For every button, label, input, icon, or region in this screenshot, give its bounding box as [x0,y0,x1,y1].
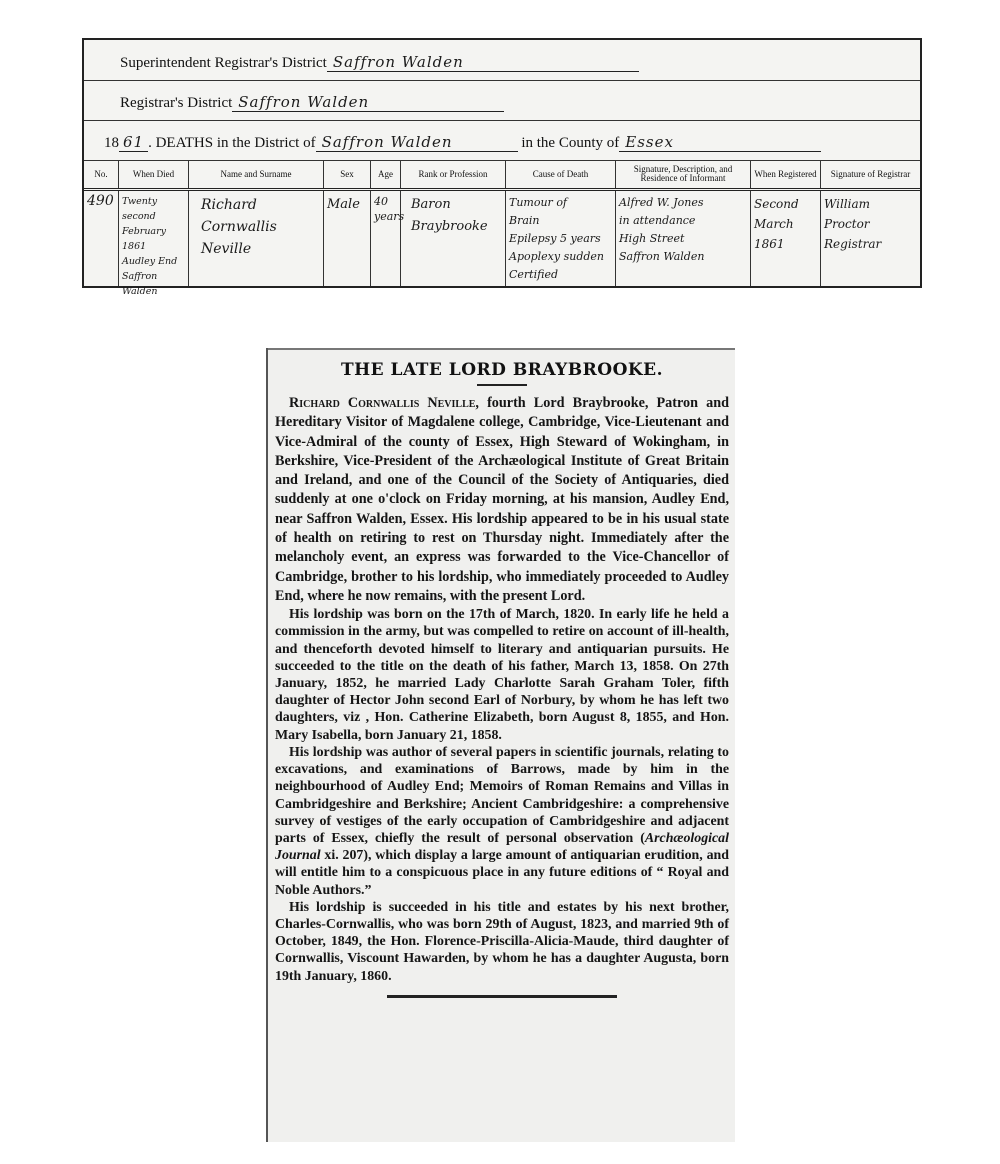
col-header-when-registered: When Registered [751,160,821,188]
column-headers: No. When Died Name and Surname Sex Age R… [84,160,920,191]
col-header-age: Age [371,160,401,188]
superintendent-district-row: Superintendent Registrar's DistrictSaffr… [84,40,920,81]
subject-name: Richard Cornwallis Neville [289,395,475,411]
entry-no: 490 [84,191,119,286]
registrar-value: Saffron Walden [232,93,504,112]
paragraph-2: His lordship was born on the 17th of Mar… [275,606,729,744]
newspaper-clipping: THE LATE LORD BRAYBROOKE. Richard Cornwa… [266,348,735,1142]
registrar-label: Registrar's District [120,95,232,111]
county-label: in the County of [521,135,619,151]
entry-rank: Baron Braybrooke [401,191,506,286]
entry-when-died: Twenty second February 1861 Audley End S… [119,191,189,286]
col-header-rank: Rank or Profession [401,160,506,188]
superintendent-label: Superintendent Registrar's District [120,55,327,71]
col-header-no: No. [84,160,119,188]
end-rule [387,995,617,998]
col-header-when-died: When Died [119,160,189,188]
registrar-district-row: Registrar's DistrictSaffron Walden [84,80,920,121]
table-row: 490 Twenty second February 1861 Audley E… [84,191,920,286]
deaths-label: . DEATHS in the District of [148,135,315,151]
district-value: Saffron Walden [316,133,518,152]
entry-informant: Alfred W. Jones in attendance High Stree… [616,191,751,286]
article-headline: THE LATE LORD BRAYBROOKE. [275,360,729,380]
col-header-name: Name and Surname [189,160,324,188]
entry-when-registered: Second March 1861 [751,191,821,286]
headline-rule [477,384,527,386]
col-header-cause: Cause of Death [506,160,616,188]
entry-cause: Tumour of Brain Epilepsy 5 years Apoplex… [506,191,616,286]
paragraph-3: His lordship was author of several paper… [275,744,729,899]
entry-sex: Male [324,191,371,286]
col-header-registrar: Signature of Registrar [821,160,920,188]
year-suffix: 61 [119,133,148,152]
col-header-sex: Sex [324,160,371,188]
paragraph-1: Richard Cornwallis Neville, fourth Lord … [275,394,729,606]
entry-name: Richard Cornwallis Neville [189,191,324,286]
col-header-informant: Signature, Description, and Residence of… [616,160,751,188]
year-prefix: 18 [104,135,119,151]
deaths-district-row: 1861. DEATHS in the District ofSaffron W… [84,120,920,161]
death-certificate: Superintendent Registrar's DistrictSaffr… [82,38,922,288]
entry-registrar: William Proctor Registrar [821,191,920,286]
paragraph-4: His lordship is succeeded in his title a… [275,899,729,985]
county-value: Essex [619,133,821,152]
entry-age: 40 years [371,191,401,286]
superintendent-value: Saffron Walden [327,53,639,72]
